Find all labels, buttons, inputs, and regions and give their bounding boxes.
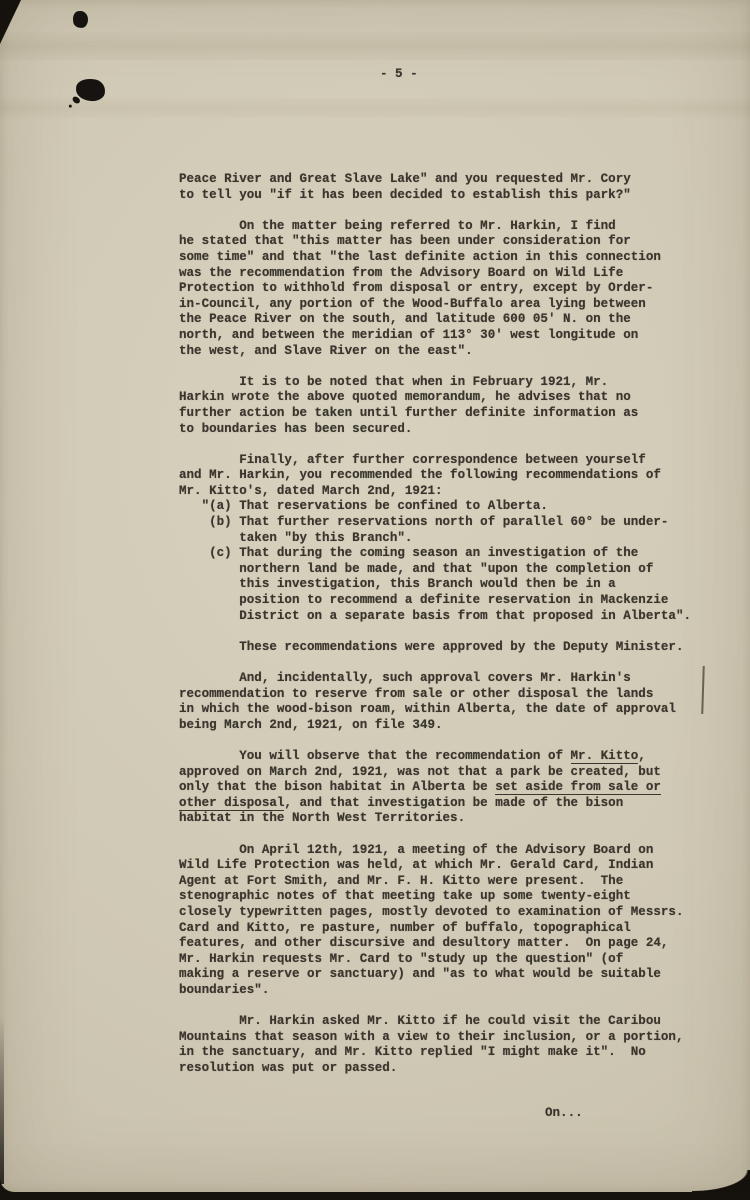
text-segment: Harkin wrote the above quoted memorandum…	[179, 390, 631, 404]
text-line: Mr. Harkin asked Mr. Kitto if he could v…	[179, 1014, 691, 1030]
text-line	[179, 998, 691, 1014]
underlined-text: Mr. Kitto	[571, 749, 639, 764]
text-line: northern land be made, and that "upon th…	[179, 562, 691, 578]
ink-blot-icon	[72, 10, 89, 29]
text-segment: the west, and Slave River on the east".	[179, 344, 473, 358]
text-segment: to boundaries has been secured.	[179, 422, 412, 436]
text-line: further action be taken until further de…	[179, 406, 691, 422]
text-segment: recommendation to reserve from sale or o…	[179, 687, 653, 701]
text-line: habitat in the North West Territories.	[179, 811, 691, 827]
text-line: You will observe that the recommendation…	[179, 749, 691, 765]
text-line: On the matter being referred to Mr. Hark…	[179, 219, 691, 235]
text-line: Harkin wrote the above quoted memorandum…	[179, 390, 691, 406]
text-segment: habitat in the North West Territories.	[179, 811, 465, 825]
text-line: to boundaries has been secured.	[179, 422, 691, 438]
text-segment: Card and Kitto, re pasture, number of bu…	[179, 921, 631, 935]
text-segment: ,	[638, 749, 646, 763]
text-line: These recommendations were approved by t…	[179, 640, 691, 656]
text-line: It is to be noted that when in February …	[179, 375, 691, 391]
text-line	[179, 733, 691, 749]
text-segment: And, incidentally, such approval covers …	[179, 671, 631, 685]
text-line: making a reserve or sanctuary) and "as t…	[179, 967, 691, 983]
paper-sheet: - 5 - Peace River and Great Slave Lake" …	[0, 0, 750, 1192]
text-segment: was the recommendation from the Advisory…	[179, 266, 623, 280]
text-segment: he stated that "this matter has been und…	[179, 234, 631, 248]
text-line	[179, 624, 691, 640]
text-segment: Mr. Harkin requests Mr. Card to "study u…	[179, 952, 623, 966]
text-line: (c) That during the coming season an inv…	[179, 546, 691, 562]
text-line: taken "by this Branch".	[179, 531, 691, 547]
text-line: "(a) That reservations be confined to Al…	[179, 499, 691, 515]
text-segment: the Peace River on the south, and latitu…	[179, 312, 631, 326]
text-segment: Peace River and Great Slave Lake" and yo…	[179, 172, 631, 186]
text-segment: in the sanctuary, and Mr. Kitto replied …	[179, 1045, 646, 1059]
text-line: the west, and Slave River on the east".	[179, 344, 691, 360]
text-segment: in-Council, any portion of the Wood-Buff…	[179, 297, 646, 311]
text-line: approved on March 2nd, 1921, was not tha…	[179, 765, 691, 781]
text-segment: boundaries".	[179, 983, 269, 997]
text-segment: taken "by this Branch".	[179, 531, 412, 545]
text-line: in-Council, any portion of the Wood-Buff…	[179, 297, 691, 313]
text-segment: this investigation, this Branch would th…	[179, 577, 616, 591]
text-line: in the sanctuary, and Mr. Kitto replied …	[179, 1045, 691, 1061]
text-segment: These recommendations were approved by t…	[179, 640, 683, 654]
text-segment: (b) That further reservations north of p…	[179, 515, 668, 529]
text-line	[179, 359, 691, 375]
text-segment: some time" and that "the last definite a…	[179, 250, 661, 264]
text-segment: Wild Life Protection was held, at which …	[179, 858, 653, 872]
text-line: Mr. Kitto's, dated March 2nd, 1921:	[179, 484, 691, 500]
text-line: this investigation, this Branch would th…	[179, 577, 691, 593]
text-line: On April 12th, 1921, a meeting of the Ad…	[179, 843, 691, 859]
margin-annotation-line	[701, 666, 705, 714]
text-line	[179, 655, 691, 671]
text-line	[179, 437, 691, 453]
paper-crease-shading	[0, 98, 750, 118]
text-segment: Mr. Harkin asked Mr. Kitto if he could v…	[179, 1014, 661, 1028]
text-segment: District on a separate basis from that p…	[179, 609, 691, 623]
text-line	[179, 827, 691, 843]
page-corner-background-bottom-right	[692, 1170, 750, 1192]
text-segment: features, and other discursive and desul…	[179, 936, 668, 950]
catchword-continuation: On...	[545, 1106, 583, 1122]
text-line: Wild Life Protection was held, at which …	[179, 858, 691, 874]
text-line: resolution was put or passed.	[179, 1061, 691, 1077]
text-line: only that the bison habitat in Alberta b…	[179, 780, 691, 796]
text-line: stenographic notes of that meeting take …	[179, 889, 691, 905]
text-line: to tell you "if it has been decided to e…	[179, 188, 691, 204]
text-segment: being March 2nd, 1921, on file 349.	[179, 718, 443, 732]
text-segment: On the matter being referred to Mr. Hark…	[179, 219, 616, 233]
text-line: And, incidentally, such approval covers …	[179, 671, 691, 687]
paper-edge-shadow	[0, 1014, 4, 1184]
text-line: features, and other discursive and desul…	[179, 936, 691, 952]
text-segment: and Mr. Harkin, you recommended the foll…	[179, 468, 661, 482]
text-line: closely typewritten pages, mostly devote…	[179, 905, 691, 921]
text-line: recommendation to reserve from sale or o…	[179, 687, 691, 703]
text-segment: making a reserve or sanctuary) and "as t…	[179, 967, 661, 981]
text-segment: You will observe that the recommendation…	[179, 749, 571, 763]
scanned-document-screenshot: { "page": { "number": "- 5 -", "catchwor…	[0, 0, 750, 1200]
text-line: Card and Kitto, re pasture, number of bu…	[179, 921, 691, 937]
text-line: and Mr. Harkin, you recommended the foll…	[179, 468, 691, 484]
text-segment: north, and between the meridian of 113° …	[179, 328, 638, 342]
text-line	[179, 203, 691, 219]
text-line: District on a separate basis from that p…	[179, 609, 691, 625]
underlined-text: set aside from sale or	[495, 780, 661, 795]
page-number: - 5 -	[380, 67, 418, 83]
text-segment: Mr. Kitto's, dated March 2nd, 1921:	[179, 484, 443, 498]
text-line: in which the wood-bison roam, within Alb…	[179, 702, 691, 718]
text-line: (b) That further reservations north of p…	[179, 515, 691, 531]
text-line: Mountains that season with a view to the…	[179, 1030, 691, 1046]
text-line: was the recommendation from the Advisory…	[179, 266, 691, 282]
text-segment: On April 12th, 1921, a meeting of the Ad…	[179, 843, 653, 857]
text-segment: "(a) That reservations be confined to Al…	[179, 499, 548, 513]
text-segment: to tell you "if it has been decided to e…	[179, 188, 631, 202]
text-segment: further action be taken until further de…	[179, 406, 638, 420]
text-segment: It is to be noted that when in February …	[179, 375, 608, 389]
text-segment: only that the bison habitat in Alberta b…	[179, 780, 495, 794]
typewritten-text-block: Peace River and Great Slave Lake" and yo…	[179, 172, 691, 1076]
text-segment: stenographic notes of that meeting take …	[179, 889, 631, 903]
text-line: Protection to withhold from disposal or …	[179, 281, 691, 297]
text-line: Peace River and Great Slave Lake" and yo…	[179, 172, 691, 188]
text-segment: Agent at Fort Smith, and Mr. F. H. Kitto…	[179, 874, 623, 888]
text-line: position to recommend a definite reserva…	[179, 593, 691, 609]
text-line: being March 2nd, 1921, on file 349.	[179, 718, 691, 734]
ink-blot-icon	[75, 78, 105, 102]
text-segment: position to recommend a definite reserva…	[179, 593, 668, 607]
text-line: the Peace River on the south, and latitu…	[179, 312, 691, 328]
text-line: Finally, after further correspondence be…	[179, 453, 691, 469]
text-line: other disposal, and that investigation b…	[179, 796, 691, 812]
paper-crease-shading	[0, 32, 750, 60]
text-segment: Protection to withhold from disposal or …	[179, 281, 653, 295]
underlined-text: other disposal	[179, 796, 284, 811]
text-segment: Finally, after further correspondence be…	[179, 453, 646, 467]
text-line: Agent at Fort Smith, and Mr. F. H. Kitto…	[179, 874, 691, 890]
text-line: some time" and that "the last definite a…	[179, 250, 691, 266]
text-line: Mr. Harkin requests Mr. Card to "study u…	[179, 952, 691, 968]
text-segment: resolution was put or passed.	[179, 1061, 397, 1075]
text-segment: northern land be made, and that "upon th…	[179, 562, 653, 576]
text-segment: closely typewritten pages, mostly devote…	[179, 905, 683, 919]
text-segment: , and that investigation be made of the …	[284, 796, 623, 810]
text-segment: approved on March 2nd, 1921, was not tha…	[179, 765, 661, 779]
text-segment: (c) That during the coming season an inv…	[179, 546, 638, 560]
text-line: he stated that "this matter has been und…	[179, 234, 691, 250]
text-segment: Mountains that season with a view to the…	[179, 1030, 683, 1044]
text-line: north, and between the meridian of 113° …	[179, 328, 691, 344]
text-segment: in which the wood-bison roam, within Alb…	[179, 702, 676, 716]
text-line: boundaries".	[179, 983, 691, 999]
